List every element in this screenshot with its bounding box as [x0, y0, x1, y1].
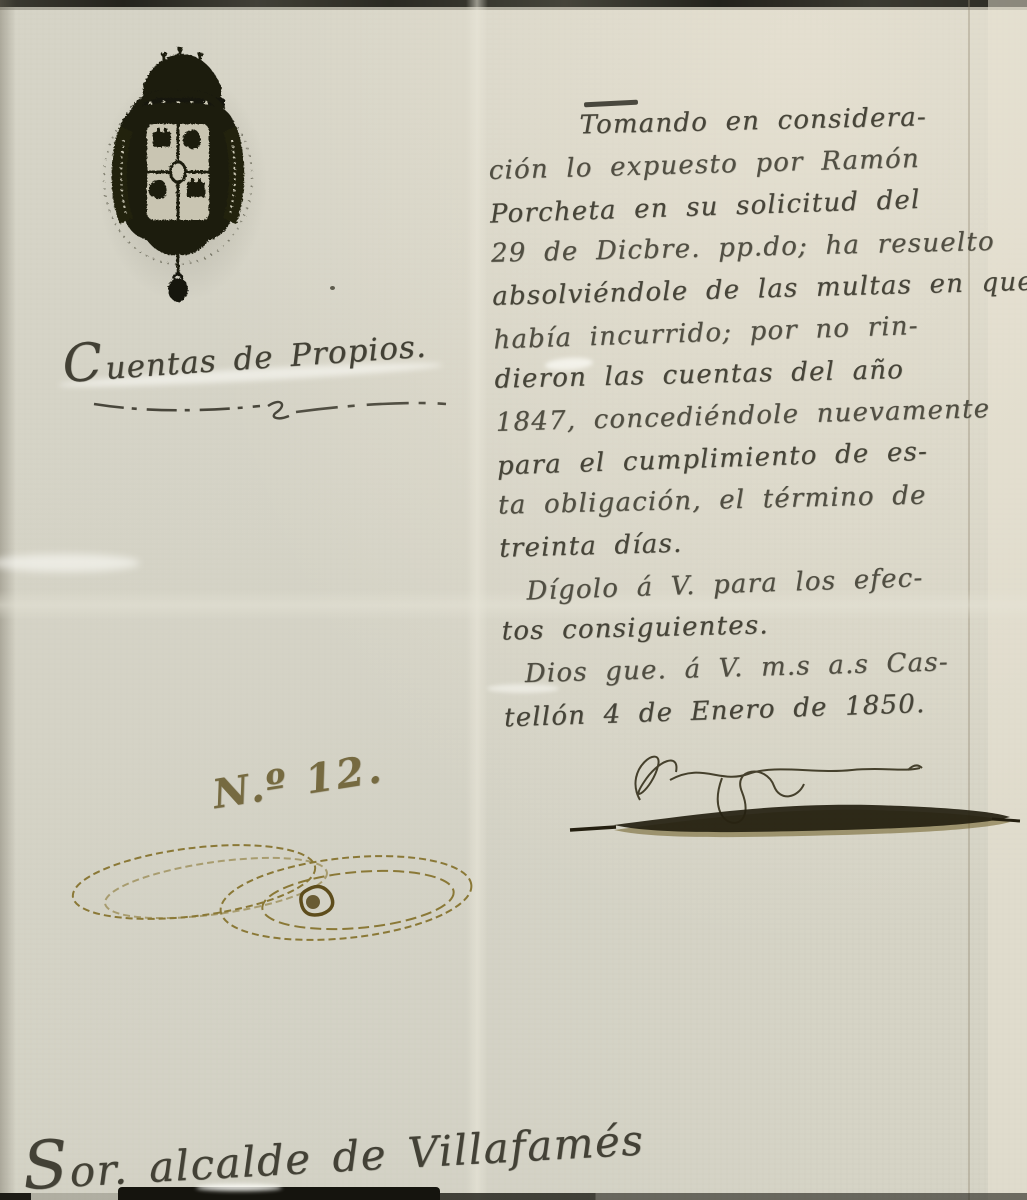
signature-flourish — [552, 740, 1022, 852]
scan-top-edge — [0, 0, 1027, 7]
heading-flourish-underline — [90, 386, 450, 424]
addressee-line: Sor. alcalde de Villafamés — [20, 1088, 743, 1200]
coat-of-arms-stamp-icon — [90, 46, 266, 320]
scanned-document-page: Cuentas de Propios. Tomando en considera… — [0, 0, 1027, 1200]
scan-top-edge-shadow — [0, 7, 1027, 10]
reference-number: N.º 12. — [209, 745, 387, 818]
fold-crease-highlight — [0, 554, 140, 572]
ink-dot — [330, 286, 335, 290]
rubric-flourish — [66, 830, 482, 960]
letter-body: Tomando en considera- ción lo expuesto p… — [487, 93, 1027, 738]
